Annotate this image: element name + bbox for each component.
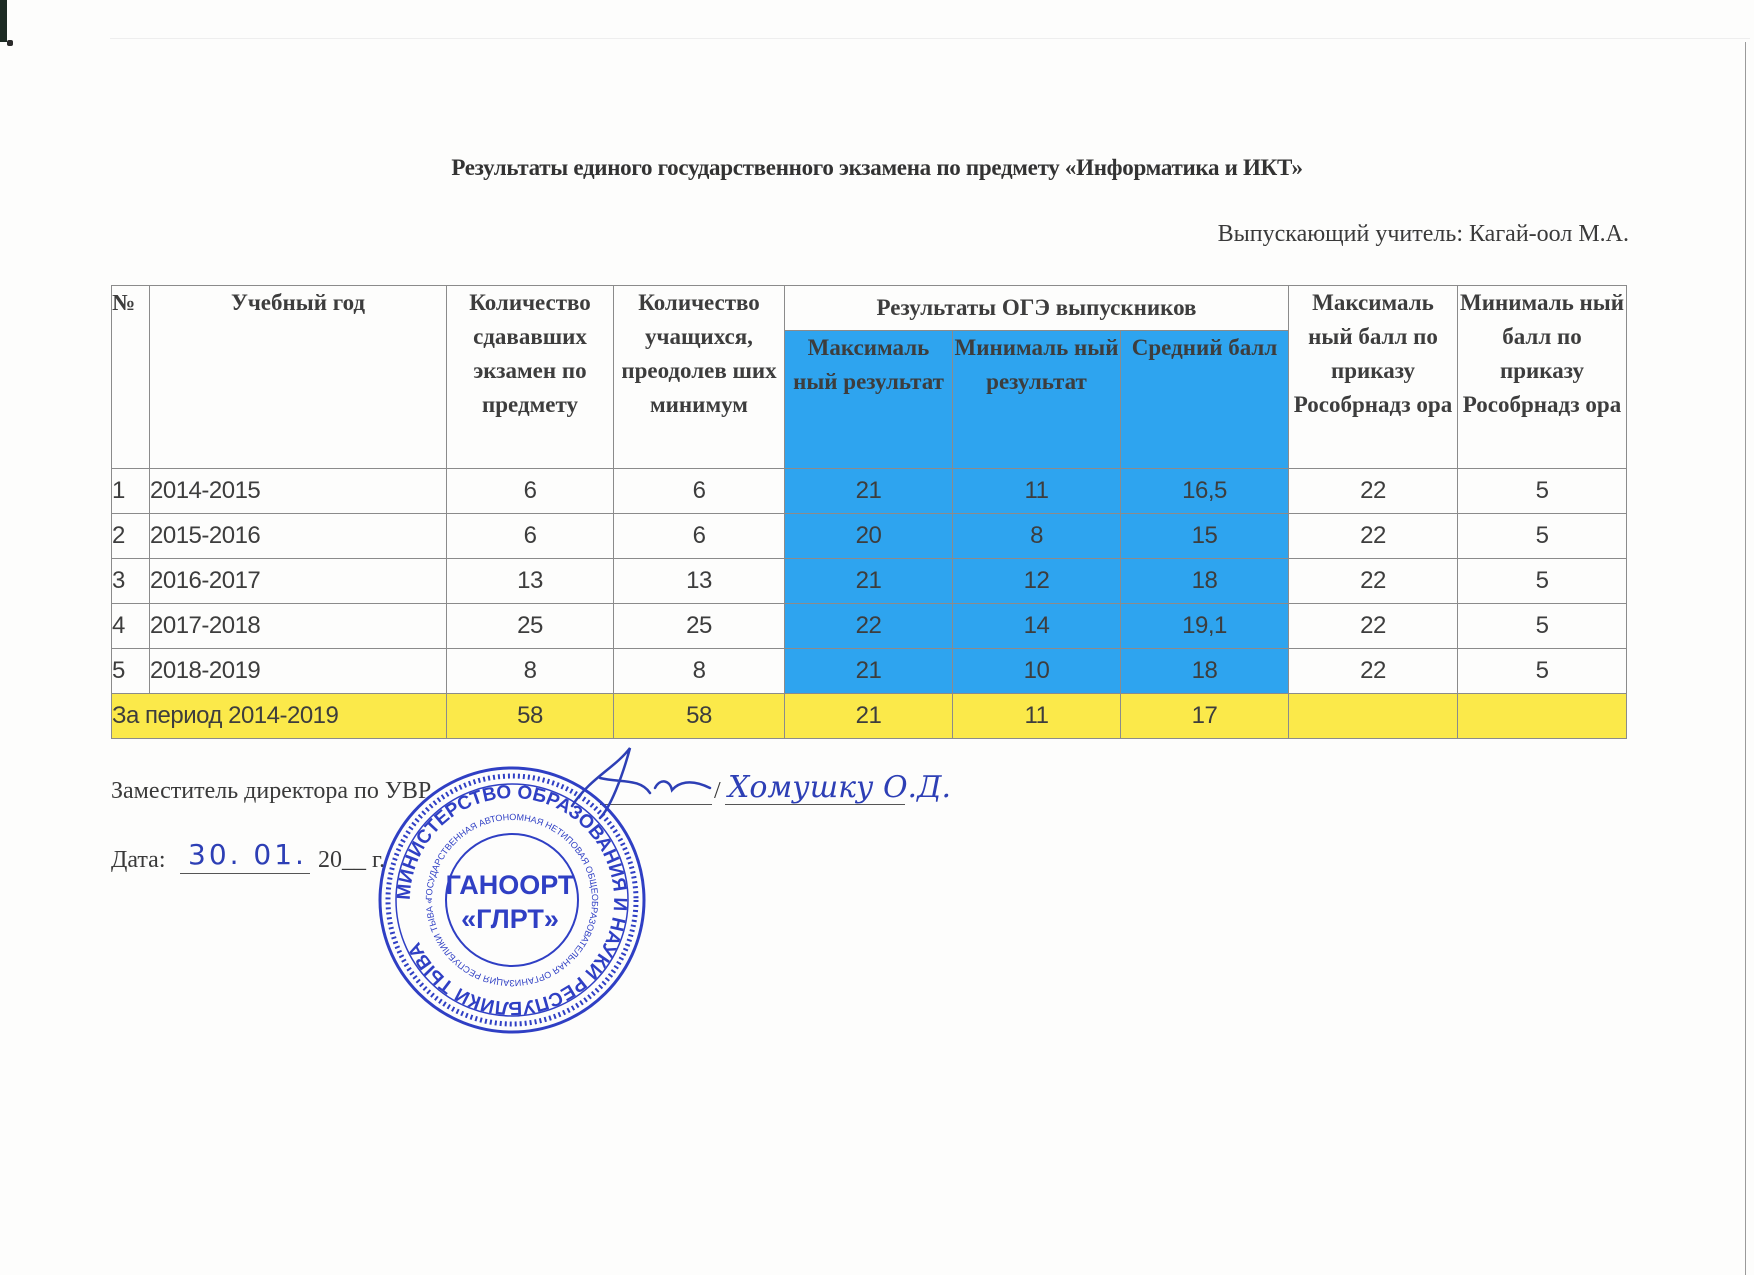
row-passed: 6 xyxy=(614,469,785,514)
date-label: Дата: xyxy=(111,847,166,874)
row-max-order: 22 xyxy=(1289,514,1458,559)
handwritten-date: 30. 01. xyxy=(188,838,307,871)
row-year: 2015-2016 xyxy=(150,514,447,559)
row-min: 8 xyxy=(953,514,1121,559)
total-label: За период 2014-2019 xyxy=(112,694,447,739)
row-max: 21 xyxy=(785,559,953,604)
header-min-order: Минималь ный балл по приказу Рособрнадз … xyxy=(1458,286,1627,469)
total-max-order xyxy=(1289,694,1458,739)
row-passed: 25 xyxy=(614,604,785,649)
row-max-order: 22 xyxy=(1289,649,1458,694)
row-passed: 13 xyxy=(614,559,785,604)
header-avg-score: Средний балл xyxy=(1121,331,1289,469)
page-edge-right xyxy=(1745,42,1746,1275)
row-taken: 13 xyxy=(447,559,614,604)
row-avg: 15 xyxy=(1121,514,1289,559)
total-taken: 58 xyxy=(447,694,614,739)
table-row: 42017-20182525221419,1225 xyxy=(112,604,1627,649)
row-max: 22 xyxy=(785,604,953,649)
document-title: Результаты единого государственного экза… xyxy=(0,155,1754,181)
teacher-line: Выпускающий учитель: Кагай-оол М.А. xyxy=(1218,221,1629,248)
row-min: 12 xyxy=(953,559,1121,604)
row-year: 2014-2015 xyxy=(150,469,447,514)
scan-artifact-dot xyxy=(7,40,13,46)
header-results-group: Результаты ОГЭ выпускников xyxy=(785,286,1289,331)
row-taken: 6 xyxy=(447,514,614,559)
total-row: За период 2014-2019 58 58 21 11 17 xyxy=(112,694,1627,739)
row-no: 2 xyxy=(112,514,150,559)
handwritten-name: Хомушку О.Д. xyxy=(728,770,951,805)
row-min-order: 5 xyxy=(1458,604,1627,649)
row-min-order: 5 xyxy=(1458,469,1627,514)
header-year: Учебный год xyxy=(150,286,447,469)
row-max: 20 xyxy=(785,514,953,559)
row-no: 3 xyxy=(112,559,150,604)
row-taken: 25 xyxy=(447,604,614,649)
row-taken: 8 xyxy=(447,649,614,694)
row-avg: 19,1 xyxy=(1121,604,1289,649)
results-table: № Учебный год Количество сдававших экзам… xyxy=(111,285,1627,739)
page-edge-top xyxy=(110,38,1750,39)
stamp-line-2: «ГЛРТ» xyxy=(425,902,595,936)
row-avg: 16,5 xyxy=(1121,469,1289,514)
total-min-order xyxy=(1458,694,1627,739)
total-min: 11 xyxy=(953,694,1121,739)
header-max-order: Максималь ный балл по приказу Рособрнадз… xyxy=(1289,286,1458,469)
row-min-order: 5 xyxy=(1458,649,1627,694)
row-min-order: 5 xyxy=(1458,559,1627,604)
row-min: 14 xyxy=(953,604,1121,649)
row-max-order: 22 xyxy=(1289,469,1458,514)
row-max-order: 22 xyxy=(1289,604,1458,649)
header-no: № xyxy=(112,286,150,469)
row-no: 1 xyxy=(112,469,150,514)
total-max: 21 xyxy=(785,694,953,739)
table-row: 52018-201988211018225 xyxy=(112,649,1627,694)
row-taken: 6 xyxy=(447,469,614,514)
row-no: 5 xyxy=(112,649,150,694)
date-line xyxy=(180,873,310,874)
row-no: 4 xyxy=(112,604,150,649)
header-count-passed: Количество учащихся, преодолев ших миним… xyxy=(614,286,785,469)
row-year: 2016-2017 xyxy=(150,559,447,604)
row-max: 21 xyxy=(785,649,953,694)
row-min: 10 xyxy=(953,649,1121,694)
table-row: 22015-20166620815225 xyxy=(112,514,1627,559)
row-year: 2017-2018 xyxy=(150,604,447,649)
row-min-order: 5 xyxy=(1458,514,1627,559)
row-max: 21 xyxy=(785,469,953,514)
header-min-result: Минималь ный результат xyxy=(953,331,1121,469)
total-avg: 17 xyxy=(1121,694,1289,739)
row-min: 11 xyxy=(953,469,1121,514)
table-row: 32016-20171313211218225 xyxy=(112,559,1627,604)
total-passed: 58 xyxy=(614,694,785,739)
scan-artifact xyxy=(0,0,7,42)
row-passed: 6 xyxy=(614,514,785,559)
row-max-order: 22 xyxy=(1289,559,1458,604)
header-count-taken: Количество сдававших экзамен по предмету xyxy=(447,286,614,469)
table-row: 12014-201566211116,5225 xyxy=(112,469,1627,514)
row-avg: 18 xyxy=(1121,559,1289,604)
row-year: 2018-2019 xyxy=(150,649,447,694)
stamp-line-1: ГАНООРТ xyxy=(425,868,595,902)
row-avg: 18 xyxy=(1121,649,1289,694)
row-passed: 8 xyxy=(614,649,785,694)
header-max-result: Максималь ный результат xyxy=(785,331,953,469)
stamp-center-text: ГАНООРТ «ГЛРТ» xyxy=(425,868,595,936)
